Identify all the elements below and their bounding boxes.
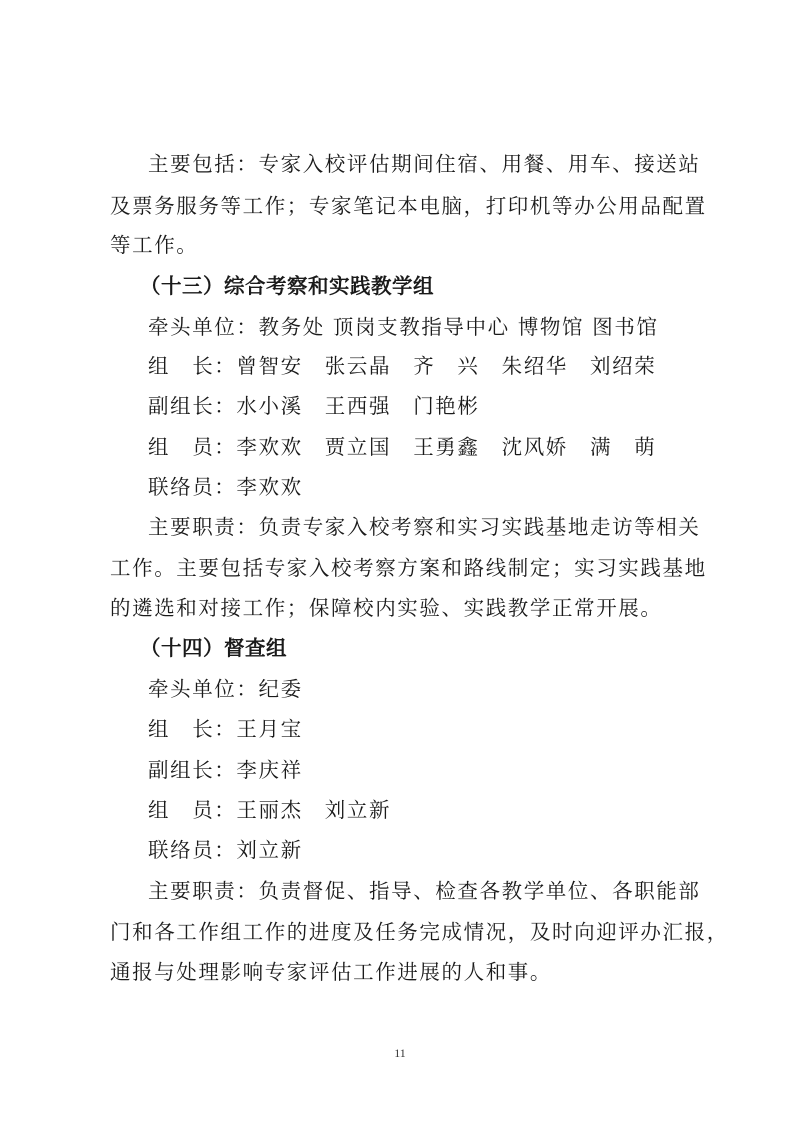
duties-line: 通报与处理影响专家评估工作进展的人和事。 xyxy=(110,952,700,993)
section-heading: （十四）督查组 xyxy=(140,628,730,669)
duties-line: 工作。主要包括专家入校考察方案和路线制定；实习实践基地 xyxy=(110,548,700,589)
members-line: 组 员：王丽杰 刘立新 xyxy=(148,790,738,831)
duties-line: 的遴选和对接工作；保障校内实验、实践教学正常开展。 xyxy=(110,588,700,629)
leaders-line: 组 长：曾智安 张云晶 齐 兴 朱绍华 刘绍荣 xyxy=(148,346,738,387)
paragraph-line: 主要包括：专家入校评估期间住宿、用餐、用车、接送站 xyxy=(148,144,738,185)
document-page: 主要包括：专家入校评估期间住宿、用餐、用车、接送站 及票务服务等工作；专家笔记本… xyxy=(0,0,800,1131)
duties-line: 主要职责：负责督促、指导、检查各教学单位、各职能部 xyxy=(148,871,738,912)
leaders-line: 组 长：王月宝 xyxy=(148,709,738,750)
deputy-leaders-line: 副组长：水小溪 王西强 门艳彬 xyxy=(148,386,738,427)
paragraph-line: 及票务服务等工作；专家笔记本电脑，打印机等办公用品配置 xyxy=(110,186,700,227)
members-line: 组 员：李欢欢 贾立国 王勇鑫 沈风娇 满 萌 xyxy=(148,427,738,468)
deputy-leaders-line: 副组长：李庆祥 xyxy=(148,750,738,791)
liaison-line: 联络员：李欢欢 xyxy=(148,467,738,508)
section-heading: （十三）综合考察和实践教学组 xyxy=(140,266,730,307)
duties-line: 门和各工作组工作的进度及任务完成情况，及时向迎评办汇报， xyxy=(110,912,700,953)
duties-line: 主要职责：负责专家入校考察和实习实践基地走访等相关 xyxy=(148,507,738,548)
liaison-line: 联络员：刘立新 xyxy=(148,830,738,871)
paragraph-line: 等工作。 xyxy=(110,225,700,266)
lead-unit-line: 牵头单位：教务处 顶岗支教指导中心 博物馆 图书馆 xyxy=(148,307,738,348)
lead-unit-line: 牵头单位：纪委 xyxy=(148,669,738,710)
page-number: 11 xyxy=(0,1046,800,1061)
